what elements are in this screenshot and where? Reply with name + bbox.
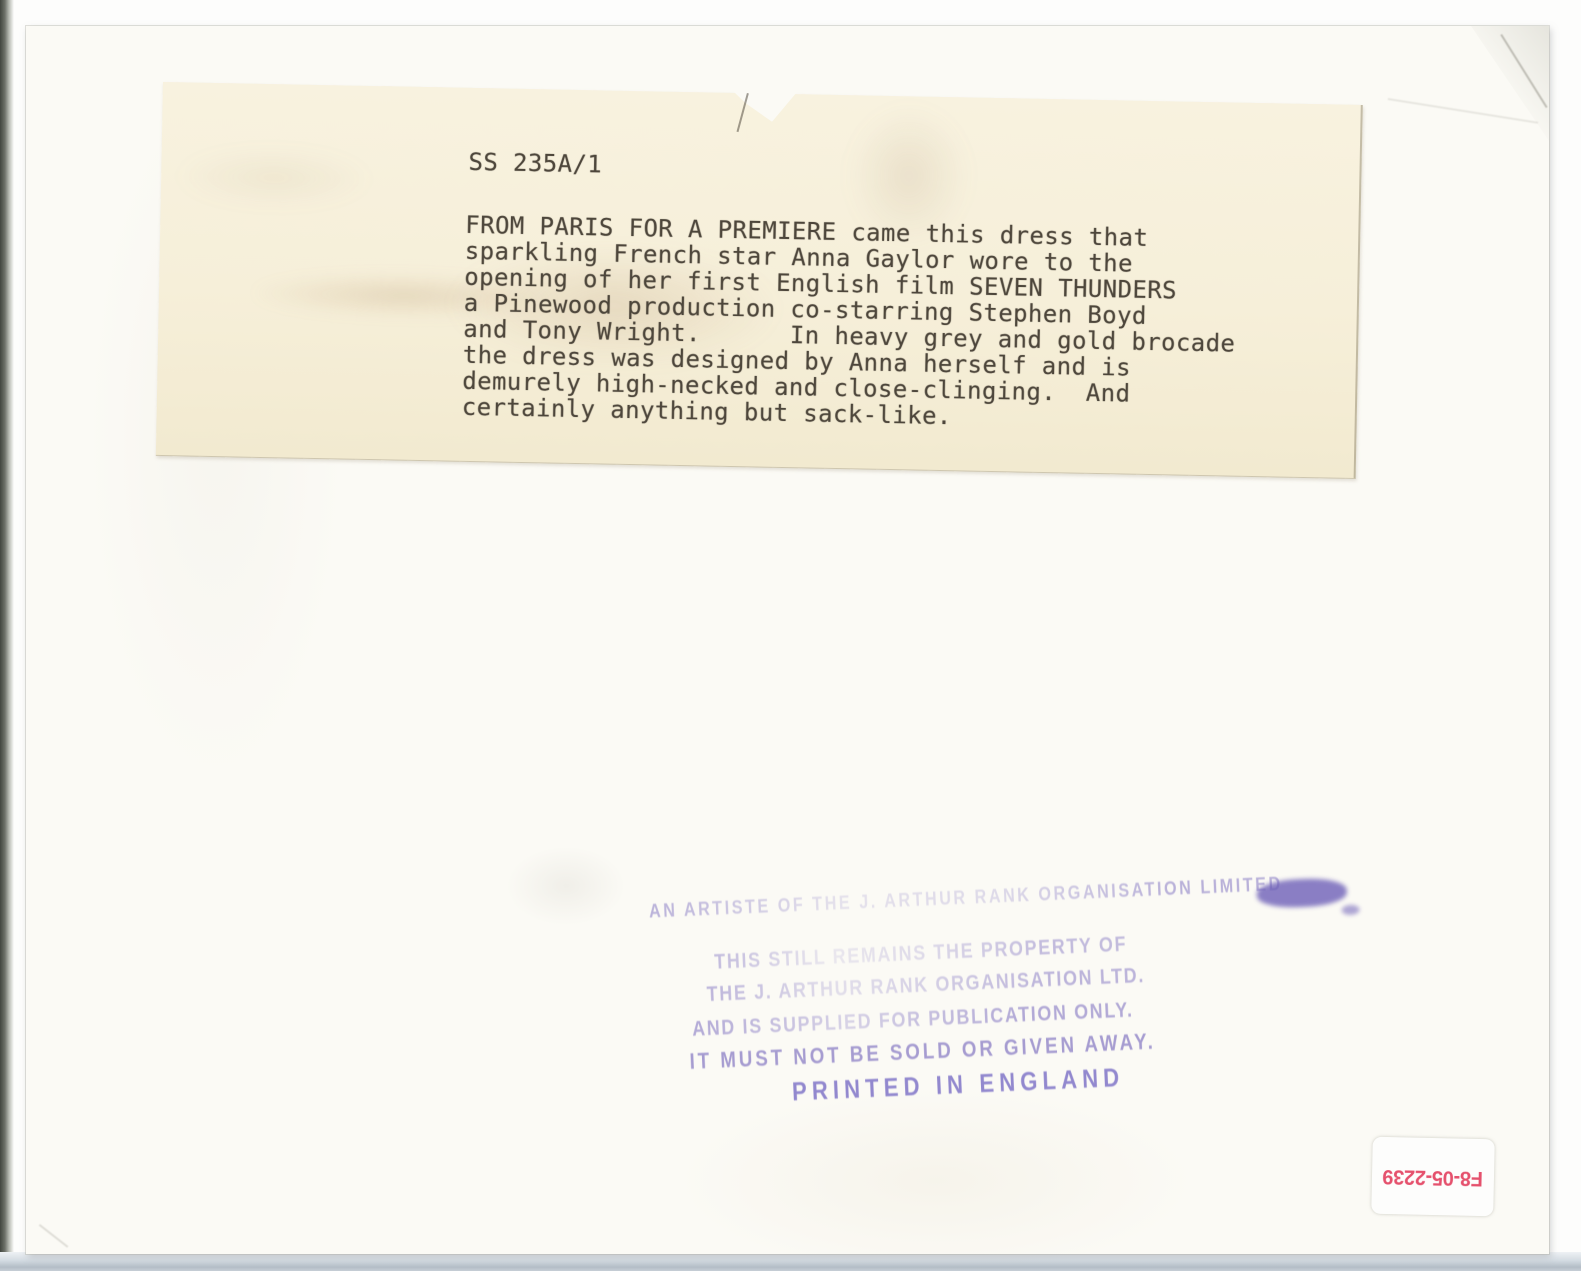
caption-label: SS 235A/1 FROM PARIS FOR A PREMIERE came… <box>156 82 1363 479</box>
caption-text: FROM PARIS FOR A PREMIERE came this dres… <box>462 212 1238 435</box>
rank-organisation-stamp: AN ARTISTE OF THE J. ARTHUR RANK ORGANIS… <box>638 856 1378 1128</box>
bottom-corner-chip <box>39 1224 68 1247</box>
catalog-number: F8-05-2239 <box>1383 1163 1484 1189</box>
faint-crease-line <box>1388 98 1538 123</box>
adhesive-stain <box>179 148 370 207</box>
reference-number: SS 235A/1 <box>468 148 602 179</box>
ink-smudge-tail <box>1341 905 1359 916</box>
paper-smudge <box>506 846 626 926</box>
photo-paper: SS 235A/1 FROM PARIS FOR A PREMIERE came… <box>26 26 1549 1254</box>
stamp-line: PRINTED IN ENGLAND <box>791 1062 1124 1107</box>
scanner-edge-left <box>0 0 14 1271</box>
catalog-sticker: F8-05-2239 <box>1371 1137 1495 1217</box>
stamp-line: AN ARTISTE OF THE J. ARTHUR RANK ORGANIS… <box>649 874 1284 924</box>
corner-fold-shading <box>1471 26 1549 141</box>
